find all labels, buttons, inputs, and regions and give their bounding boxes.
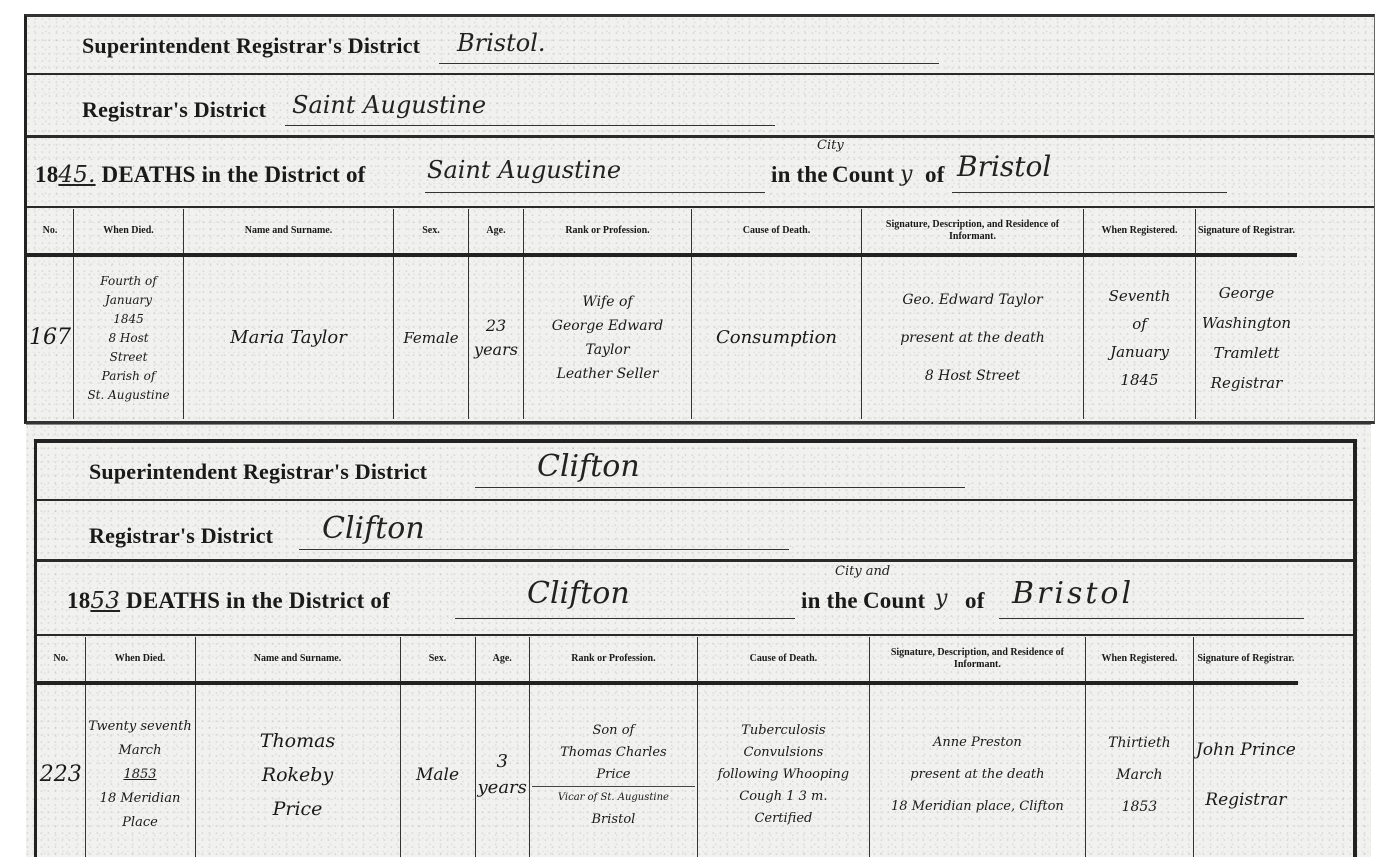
col-cause: Cause of Death. — [697, 637, 869, 683]
entry-when-registered: SeventhofJanuary1845 — [1084, 255, 1196, 419]
in-the-label: in the — [801, 588, 858, 614]
death-register-entry-1853: Superintendent Registrar's District Clif… — [26, 424, 1371, 857]
col-registrar: Signature of Registrar. — [1193, 637, 1297, 683]
entry-when-died: Fourth ofJanuary18458 HostStreetParish o… — [74, 255, 184, 419]
col-sex: Sex. — [394, 209, 469, 255]
county-suffix: y — [935, 586, 947, 611]
entry-when-died: Twenty seventhMarch185318 MeridianPlace — [85, 683, 195, 857]
col-when-died: When Died. — [85, 637, 195, 683]
entry-rank: Wife ofGeorge EdwardTaylorLeather Seller — [524, 255, 692, 419]
county-annotation: City and — [835, 564, 890, 579]
registrar-value: Saint Augustine — [292, 91, 486, 119]
registrar-value: Clifton — [322, 511, 425, 546]
registrar-label: Registrar's District — [89, 523, 273, 549]
entry-informant: Anne Prestonpresent at the death18 Merid… — [869, 683, 1085, 857]
superintendent-value: Bristol. — [457, 29, 546, 57]
col-informant: Signature, Description, and Residence of… — [862, 209, 1084, 255]
col-name: Name and Surname. — [184, 209, 394, 255]
col-rank: Rank or Profession. — [524, 209, 692, 255]
col-name: Name and Surname. — [195, 637, 400, 683]
entry-age: 23years — [469, 255, 524, 419]
entry-when-registered: ThirtiethMarch1853 — [1085, 683, 1193, 857]
col-when-registered: When Registered. — [1085, 637, 1193, 683]
col-when-died: When Died. — [74, 209, 184, 255]
superintendent-label: Superintendent Registrar's District — [82, 33, 420, 59]
registrar-district-row: Registrar's District Saint Augustine — [27, 75, 1374, 138]
table-row: 223 Twenty seventhMarch185318 MeridianPl… — [37, 683, 1298, 857]
death-register-entry-1845: Superintendent Registrar's District Bris… — [24, 14, 1375, 424]
superintendent-value: Clifton — [537, 449, 640, 484]
entry-cause: TuberculosisConvulsionsfollowing Whoopin… — [697, 683, 869, 857]
county-suffix: y — [900, 162, 912, 187]
entry-sex: Male — [400, 683, 475, 857]
superintendent-district-row: Superintendent Registrar's District Clif… — [37, 443, 1353, 501]
col-no: No. — [37, 637, 85, 683]
entry-name: Maria Taylor — [184, 255, 394, 419]
entry-registrar: GeorgeWashingtonTramlettRegistrar — [1196, 255, 1297, 419]
entry-cause: Consumption — [692, 255, 862, 419]
entry-informant: Geo. Edward Taylorpresent at the death8 … — [862, 255, 1084, 419]
col-informant: Signature, Description, and Residence of… — [869, 637, 1085, 683]
registrar-district-row: Registrar's District Clifton — [37, 501, 1353, 562]
table-row: 167 Fourth ofJanuary18458 HostStreetPari… — [27, 255, 1297, 419]
county-label: Count — [832, 162, 894, 188]
in-the-label: in the — [771, 162, 828, 188]
column-headers: No. When Died. Name and Surname. Sex. Ag… — [27, 209, 1297, 255]
year-value: 53 — [90, 588, 120, 614]
registrar-label: Registrar's District — [82, 97, 266, 123]
col-cause: Cause of Death. — [692, 209, 862, 255]
col-no: No. — [27, 209, 74, 255]
entry-rank: Son ofThomas CharlesPriceVicar of St. Au… — [529, 683, 697, 857]
col-sex: Sex. — [400, 637, 475, 683]
col-age: Age. — [469, 209, 524, 255]
col-when-registered: When Registered. — [1084, 209, 1196, 255]
deaths-district-row: 1853 DEATHS in the District of Clifton i… — [37, 562, 1353, 636]
entry-no: 223 — [37, 683, 85, 857]
county-annotation: City — [817, 138, 844, 153]
superintendent-district-row: Superintendent Registrar's District Bris… — [27, 17, 1374, 75]
entry-registrar: John PrinceRegistrar — [1193, 683, 1297, 857]
register-table: No. When Died. Name and Surname. Sex. Ag… — [37, 637, 1298, 857]
entry-age: 3years — [475, 683, 529, 857]
column-headers: No. When Died. Name and Surname. Sex. Ag… — [37, 637, 1298, 683]
year-label: 1845. DEATHS in the District of — [35, 162, 366, 188]
entry-no: 167 — [27, 255, 74, 419]
county-value: Bristol — [957, 150, 1051, 183]
deaths-district-row: 1845. DEATHS in the District of Saint Au… — [27, 138, 1374, 208]
register-table: No. When Died. Name and Surname. Sex. Ag… — [27, 209, 1297, 419]
year-label: 1853 DEATHS in the District of — [67, 588, 390, 614]
county-value: Bristol — [1012, 576, 1134, 611]
entry-sex: Female — [394, 255, 469, 419]
col-age: Age. — [475, 637, 529, 683]
col-registrar: Signature of Registrar. — [1196, 209, 1297, 255]
entry-name: ThomasRokebyPrice — [195, 683, 400, 857]
of-label: of — [925, 162, 945, 188]
col-rank: Rank or Profession. — [529, 637, 697, 683]
district-value: Clifton — [527, 576, 630, 611]
of-label: of — [965, 588, 985, 614]
superintendent-label: Superintendent Registrar's District — [89, 459, 427, 485]
year-value: 45. — [58, 162, 95, 188]
county-label: Count — [863, 588, 925, 614]
district-value: Saint Augustine — [427, 156, 621, 184]
